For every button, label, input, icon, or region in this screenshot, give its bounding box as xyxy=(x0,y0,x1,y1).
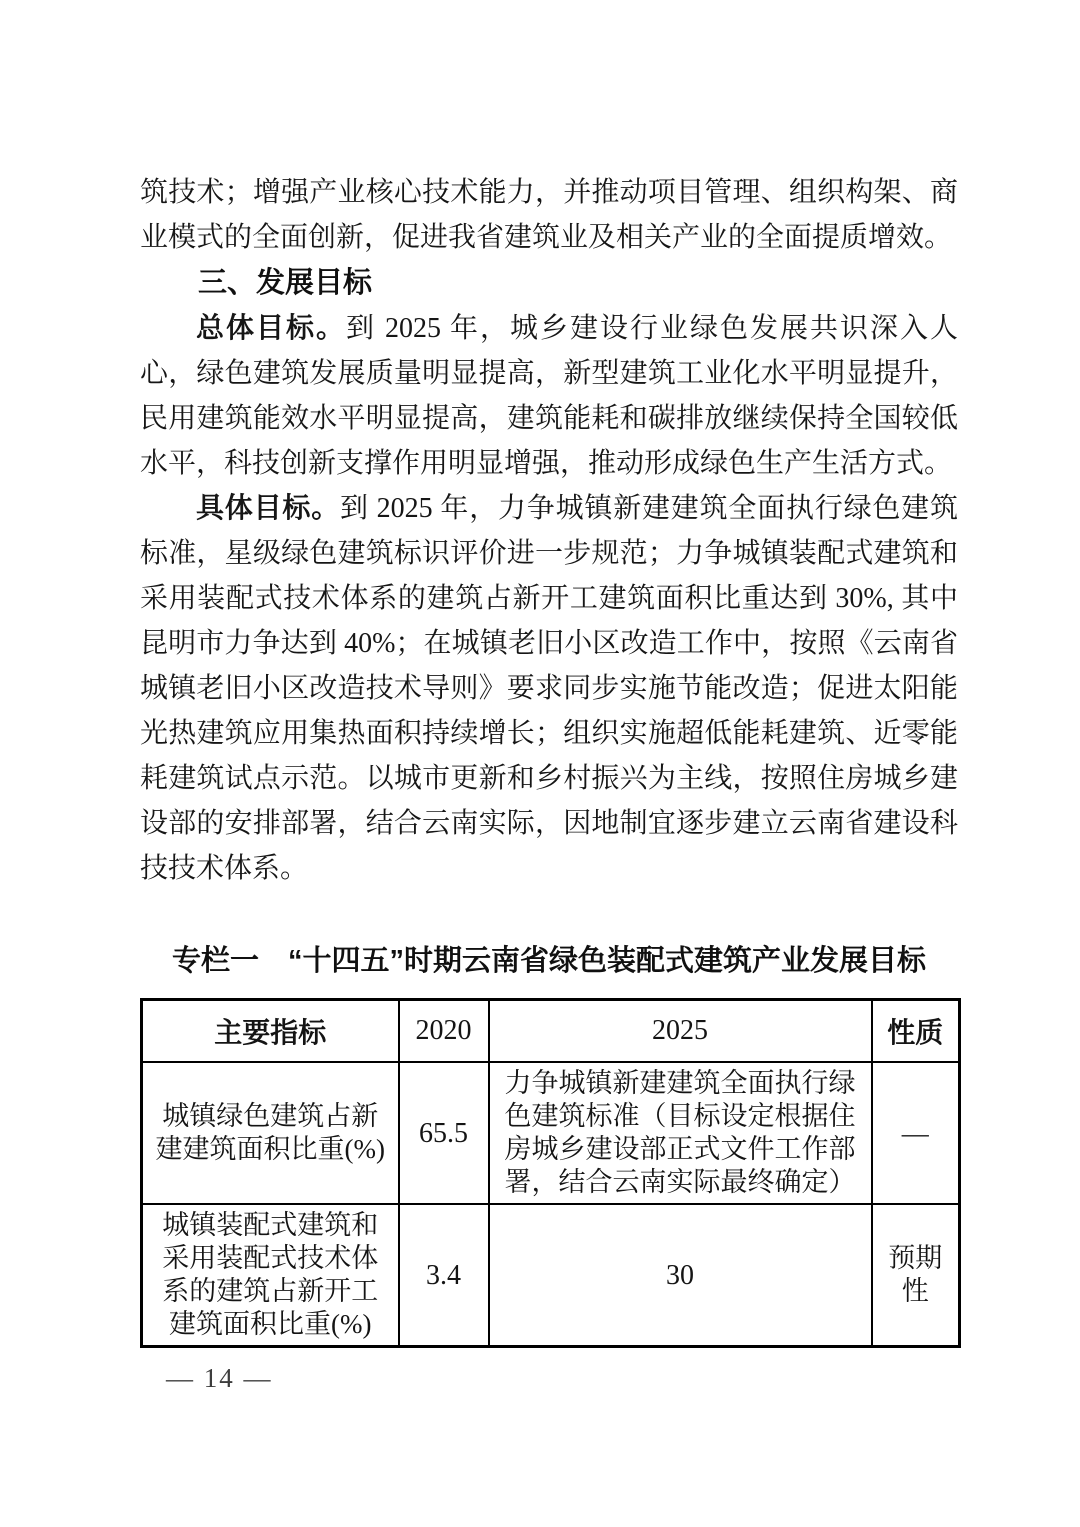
table-header-row: 主要指标 2020 2025 性质 xyxy=(142,1000,960,1063)
panel-title-text: “十四五”时期云南省绿色装配式建筑产业发展目标 xyxy=(288,945,926,977)
paragraph-specific-goal: 具体目标。到 2025 年，力争城镇新建建筑全面执行绿色建筑标准，星级绿色建筑标… xyxy=(140,486,958,891)
document-body: 筑技术；增强产业核心技术能力，并推动项目管理、组织构架、商业模式的全面创新，促进… xyxy=(140,170,958,1348)
section-heading: 三、发展目标 xyxy=(140,260,958,306)
value-2020-cell-prefabricated: 3.4 xyxy=(399,1204,489,1347)
table-row: 城镇装配式建筑和采用装配式技术体系的建筑占新开工建筑面积比重(%) 3.4 30… xyxy=(142,1204,960,1347)
col-header-indicator: 主要指标 xyxy=(142,1000,399,1063)
indicator-cell-green-building: 城镇绿色建筑占新建建筑面积比重(%) xyxy=(142,1062,399,1204)
col-header-nature: 性质 xyxy=(872,1000,960,1063)
paragraph-overall-goal: 总体目标。到 2025 年，城乡建设行业绿色发展共识深入人心，绿色建筑发展质量明… xyxy=(140,306,958,486)
specific-goal-text: 到 2025 年，力争城镇新建建筑全面执行绿色建筑标准，星级绿色建筑标识评价进一… xyxy=(140,493,958,884)
overall-goal-lead: 总体目标。 xyxy=(196,313,346,344)
panel-title: 专栏一“十四五”时期云南省绿色装配式建筑产业发展目标 xyxy=(140,939,958,984)
paragraph-continuation: 筑技术；增强产业核心技术能力，并推动项目管理、组织构架、商业模式的全面创新，促进… xyxy=(140,170,958,260)
specific-goal-lead: 具体目标。 xyxy=(196,493,340,524)
col-header-2020: 2020 xyxy=(399,1000,489,1063)
paragraph-continuation-text: 筑技术；增强产业核心技术能力，并推动项目管理、组织构架、商业模式的全面创新，促进… xyxy=(140,177,958,253)
page-number: — 14 — xyxy=(166,1363,273,1393)
target-2025-cell-prefabricated: 30 xyxy=(489,1204,872,1347)
value-2020-cell-green-building: 65.5 xyxy=(399,1062,489,1204)
nature-cell-green-building: — xyxy=(872,1062,960,1204)
page-footer: — 14 — xyxy=(166,1362,273,1394)
document-page: 筑技术；增强产业核心技术能力，并推动项目管理、组织构架、商业模式的全面创新，促进… xyxy=(0,0,1080,1527)
target-2025-cell-green-building: 力争城镇新建建筑全面执行绿色建筑标准（目标设定根据住房城乡建设部正式文件工作部署… xyxy=(489,1062,872,1204)
table-row: 城镇绿色建筑占新建建筑面积比重(%) 65.5 力争城镇新建建筑全面执行绿色建筑… xyxy=(142,1062,960,1204)
panel-label: 专栏一 xyxy=(172,945,259,977)
goals-table: 主要指标 2020 2025 性质 城镇绿色建筑占新建建筑面积比重(%) 65.… xyxy=(140,998,961,1348)
indicator-cell-prefabricated: 城镇装配式建筑和采用装配式技术体系的建筑占新开工建筑面积比重(%) xyxy=(142,1204,399,1347)
col-header-2025: 2025 xyxy=(489,1000,872,1063)
nature-cell-prefabricated: 预期性 xyxy=(872,1204,960,1347)
